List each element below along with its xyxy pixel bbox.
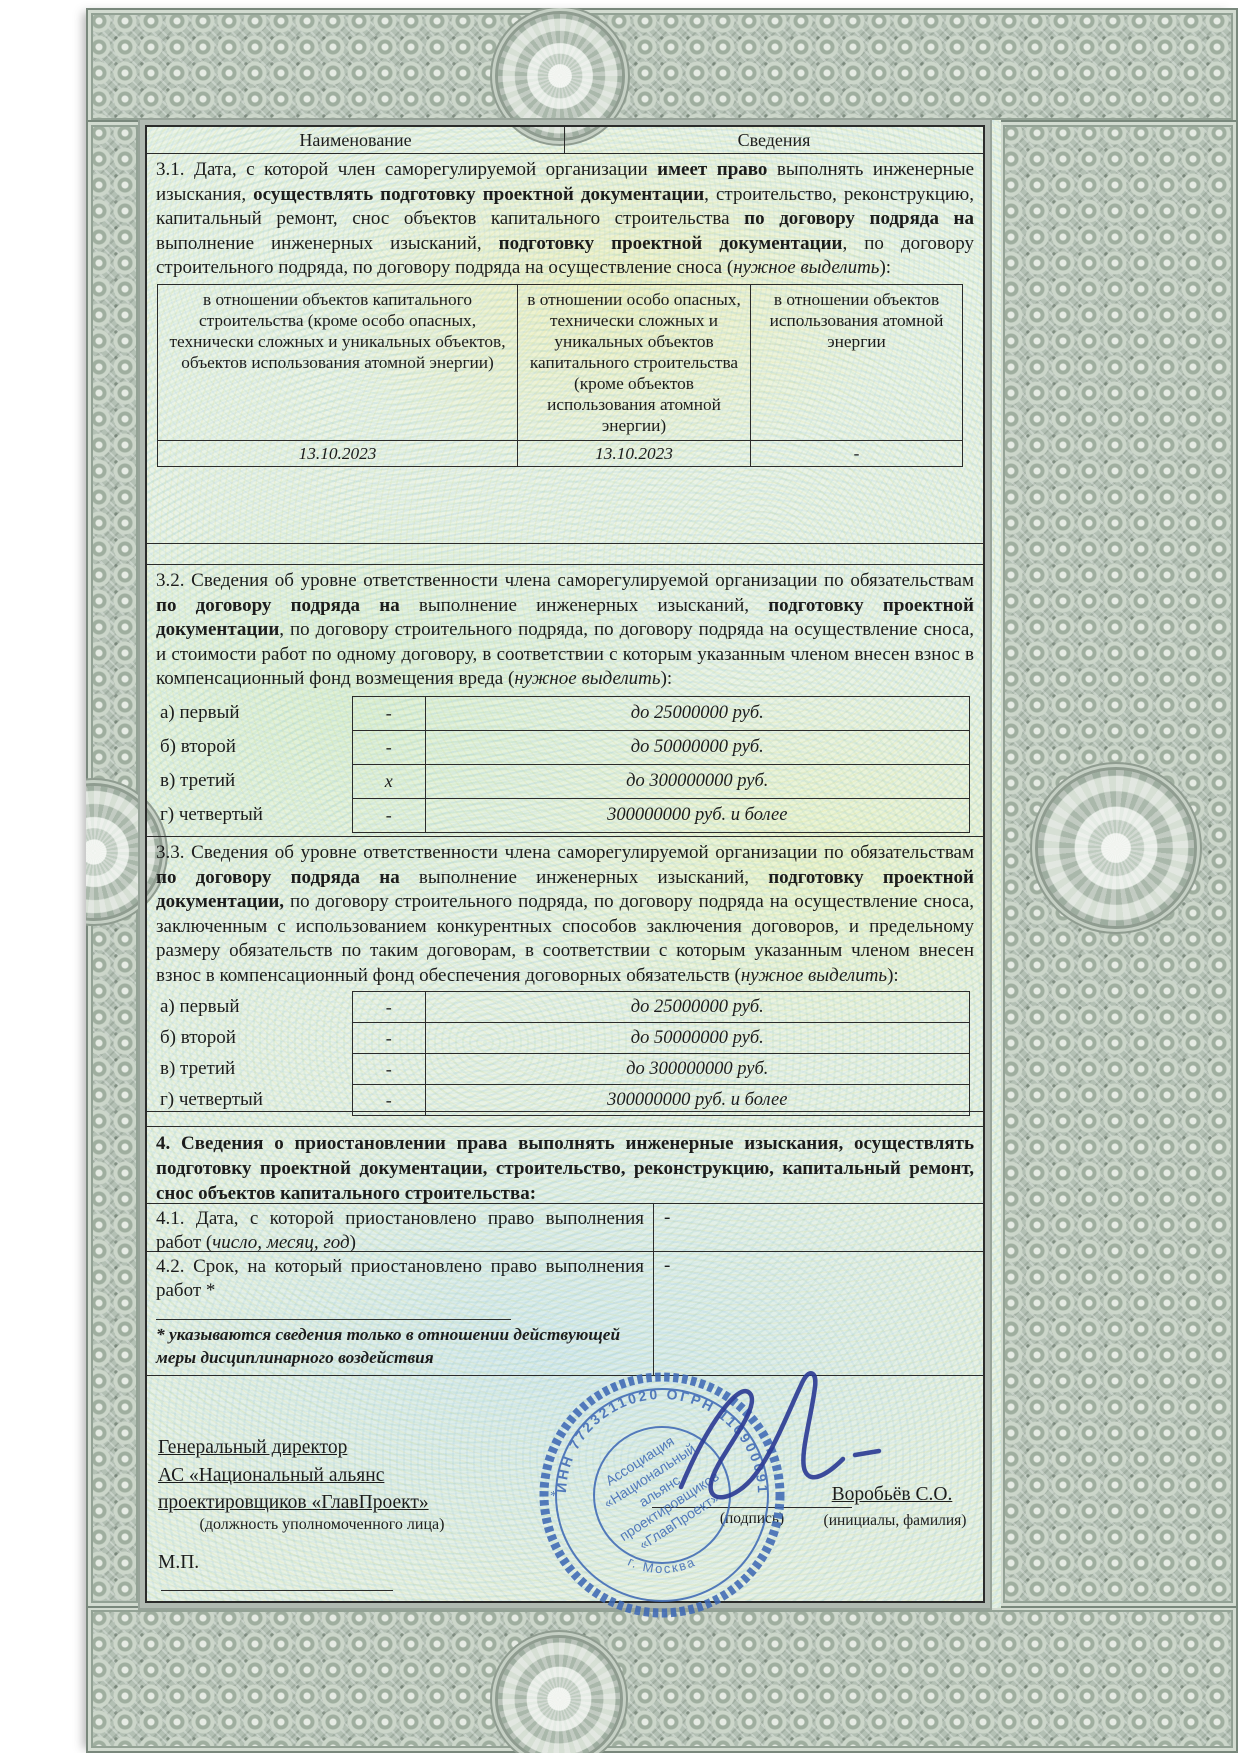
section-4-1-row: 4.1. Дата, с которой приостановлено прав…	[147, 1204, 983, 1252]
column-header-details: Сведения	[565, 127, 983, 153]
level-mark-selected: x	[352, 764, 425, 798]
subtable-header-hazardous-objects: в отношении особо опасных, технически сл…	[518, 284, 751, 440]
level-row: а) первый - до 25000000 руб.	[157, 696, 970, 730]
level-value: до 300000000 руб.	[425, 1054, 969, 1085]
handwritten-signature	[659, 1359, 909, 1529]
position-caption: (должность уполномоченного лица)	[187, 1515, 457, 1535]
rosette-medallion-right	[1038, 770, 1194, 926]
date-atomic-objects: -	[751, 440, 963, 466]
level-row: б) второй - до 50000000 руб.	[157, 1023, 970, 1054]
subtable-header-row: в отношении объектов капитального строит…	[158, 284, 963, 440]
level-mark: -	[352, 730, 425, 764]
section-3-3-text: 3.3. Сведения об уровне ответственности …	[147, 837, 983, 988]
position-line: Генеральный директор	[158, 1434, 429, 1462]
level-value: до 300000000 руб.	[425, 764, 969, 798]
level-label: б) второй	[157, 730, 352, 764]
level-row: в) третий x до 300000000 руб.	[157, 764, 970, 798]
section-4: 4. Сведения о приостановлении права выпо…	[147, 1127, 983, 1204]
level-value: до 25000000 руб.	[425, 696, 969, 730]
level-label: г) четвертый	[157, 798, 352, 832]
position-line: проектировщиков «ГлавПроект»	[158, 1489, 429, 1517]
level-row: б) второй - до 50000000 руб.	[157, 730, 970, 764]
level-mark: -	[352, 1054, 425, 1085]
table-header-row: Наименование Сведения	[147, 127, 983, 154]
level-label: в) третий	[157, 764, 352, 798]
seal-underscore-line	[161, 1590, 393, 1591]
level-row: г) четвертый - 300000000 руб. и более	[157, 1085, 970, 1116]
section-3-2-text: 3.2. Сведения об уровне ответственности …	[147, 565, 983, 692]
level-value: до 50000000 руб.	[425, 1023, 969, 1054]
rosette-medallion-bottom	[498, 1638, 620, 1753]
level-mark: -	[352, 1023, 425, 1054]
section-3-1-subtable: в отношении объектов капитального строит…	[157, 284, 963, 467]
section-3-3-levels-table: а) первый - до 25000000 руб. б) второй -…	[157, 991, 970, 1116]
guilloche-border-top	[86, 8, 1238, 125]
stamp-city-text: г. Москва	[626, 1554, 699, 1576]
level-value: до 50000000 руб.	[425, 730, 969, 764]
seal-placeholder-label: М.П.	[158, 1552, 199, 1574]
section-3-3: 3.3. Сведения об уровне ответственности …	[147, 837, 983, 1112]
subtable-header-capital-objects: в отношении объектов капитального строит…	[158, 284, 518, 440]
scanned-certificate-page: { "header": {"col1": "Наименование", "co…	[0, 0, 1240, 1753]
separator-row	[147, 544, 983, 565]
certificate-content-table: Наименование Сведения 3.1. Дата, с котор…	[145, 125, 985, 1603]
separator-row	[147, 1112, 983, 1127]
date-capital-objects: 13.10.2023	[158, 440, 518, 466]
section-3-1: 3.1. Дата, с которой член саморегулируем…	[147, 154, 983, 544]
section-4-2-label: 4.2. Срок, на который приостановлено пра…	[156, 1255, 644, 1302]
position-line: АС «Национальный альянс	[158, 1462, 429, 1490]
level-value: 300000000 руб. и более	[425, 798, 969, 832]
level-row: в) третий - до 300000000 руб.	[157, 1054, 970, 1085]
level-label: а) первый	[157, 992, 352, 1023]
level-mark: -	[352, 992, 425, 1023]
section-3-2-levels-table: а) первый - до 25000000 руб. б) второй -…	[157, 696, 970, 833]
section-4-1-value: -	[654, 1204, 983, 1251]
footnote-rule	[156, 1319, 511, 1320]
section-4-text: 4. Сведения о приостановлении права выпо…	[147, 1127, 983, 1206]
rosette-medallion-top	[498, 14, 622, 138]
stamp-star-separator: *	[550, 1489, 557, 1504]
section-3-1-text: 3.1. Дата, с которой член саморегулируем…	[147, 154, 983, 281]
section-4-1-label: 4.1. Дата, с которой приостановлено прав…	[147, 1204, 654, 1251]
level-label: г) четвертый	[157, 1085, 352, 1116]
level-label: б) второй	[157, 1023, 352, 1054]
column-header-name: Наименование	[147, 127, 565, 153]
date-hazardous-objects: 13.10.2023	[518, 440, 751, 466]
signatory-position: Генеральный директор АС «Национальный ал…	[158, 1434, 429, 1517]
level-value: 300000000 руб. и более	[425, 1085, 969, 1116]
level-label: в) третий	[157, 1054, 352, 1085]
level-label: а) первый	[157, 696, 352, 730]
level-mark: -	[352, 798, 425, 832]
level-row: г) четвертый - 300000000 руб. и более	[157, 798, 970, 832]
certificate-page: Наименование Сведения 3.1. Дата, с котор…	[86, 8, 1238, 1753]
section-3-2: 3.2. Сведения об уровне ответственности …	[147, 565, 983, 837]
level-row: а) первый - до 25000000 руб.	[157, 992, 970, 1023]
level-value: до 25000000 руб.	[425, 992, 969, 1023]
level-mark: -	[352, 696, 425, 730]
subtable-header-atomic-objects: в отношении объектов использования атомн…	[751, 284, 963, 440]
subtable-dates-row: 13.10.2023 13.10.2023 -	[158, 440, 963, 466]
level-mark: -	[352, 1085, 425, 1116]
